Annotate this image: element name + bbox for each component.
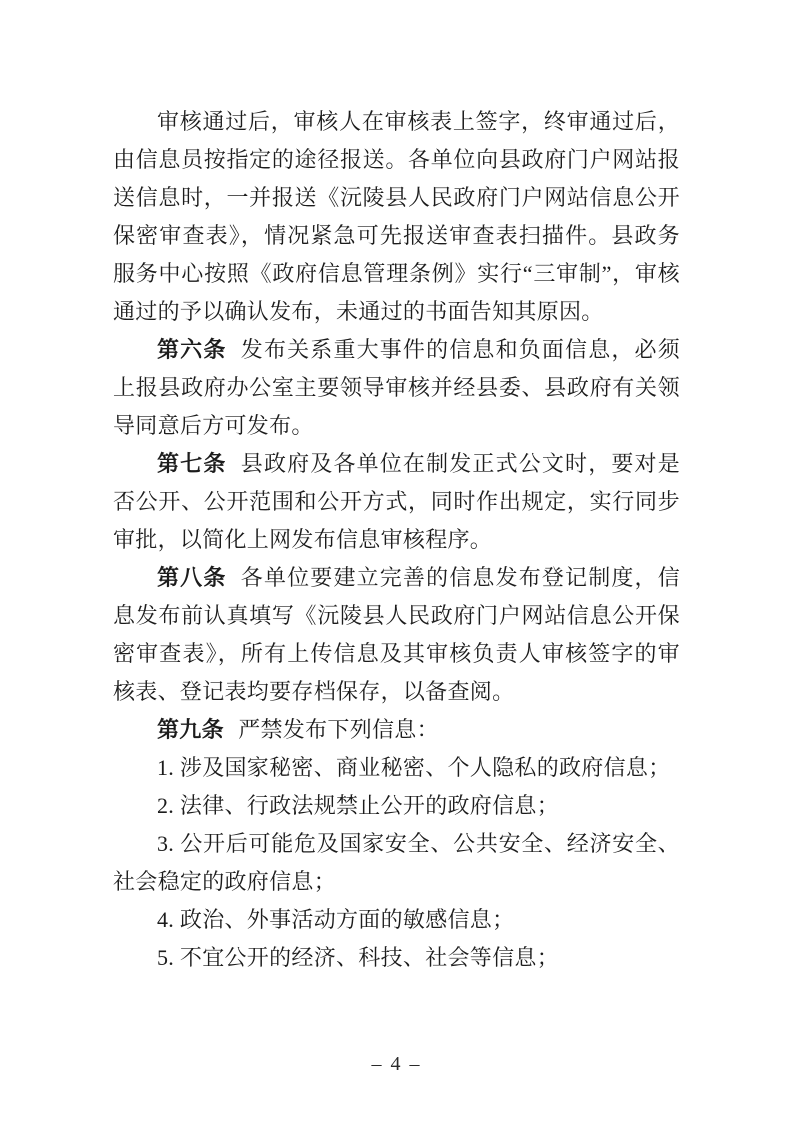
document-content: 审核通过后，审核人在审核表上签字，终审通过后，由信息员按指定的途径报送。各单位向… [113, 103, 680, 977]
list-item-2-text: 2. 法律、行政法规禁止公开的政府信息； [157, 793, 559, 818]
list-item-3: 3. 公开后可能危及国家安全、公共安全、经济安全、社会稳定的政府信息； [113, 825, 680, 901]
article-9-text: 严禁发布下列信息： [238, 717, 439, 742]
page-number: – 4 – [372, 1053, 422, 1075]
article-7-label: 第七条 [157, 451, 227, 476]
paragraph-intro-text: 审核通过后，审核人在审核表上签字，终审通过后，由信息员按指定的途径报送。各单位向… [113, 109, 680, 324]
paragraph-article-8: 第八条各单位要建立完善的信息发布登记制度，信息发布前认真填写《沅陵县人民政府门户… [113, 559, 680, 711]
paragraph-article-9: 第九条严禁发布下列信息： [113, 711, 680, 749]
paragraph-intro: 审核通过后，审核人在审核表上签字，终审通过后，由信息员按指定的途径报送。各单位向… [113, 103, 680, 331]
list-item-4: 4. 政治、外事活动方面的敏感信息； [113, 901, 680, 939]
article-6-label: 第六条 [157, 337, 227, 362]
list-item-5-text: 5. 不宜公开的经济、科技、社会等信息； [157, 945, 559, 970]
list-item-5: 5. 不宜公开的经济、科技、社会等信息； [113, 939, 680, 977]
document-page: 审核通过后，审核人在审核表上签字，终审通过后，由信息员按指定的途径报送。各单位向… [0, 0, 793, 1122]
paragraph-article-6: 第六条发布关系重大事件的信息和负面信息，必须上报县政府办公室主要领导审核并经县委… [113, 331, 680, 445]
list-item-1-text: 1. 涉及国家秘密、商业秘密、个人隐私的政府信息； [157, 755, 671, 780]
list-item-4-text: 4. 政治、外事活动方面的敏感信息； [157, 907, 514, 932]
article-8-label: 第八条 [157, 565, 227, 590]
list-item-3-text: 3. 公开后可能危及国家安全、公共安全、经济安全、社会稳定的政府信息； [113, 831, 680, 894]
list-item-1: 1. 涉及国家秘密、商业秘密、个人隐私的政府信息； [113, 749, 680, 787]
paragraph-article-7: 第七条县政府及各单位在制发正式公文时，要对是否公开、公开范围和公开方式，同时作出… [113, 445, 680, 559]
list-item-2: 2. 法律、行政法规禁止公开的政府信息； [113, 787, 680, 825]
page-footer: – 4 – [0, 1053, 793, 1076]
article-9-label: 第九条 [157, 717, 224, 742]
